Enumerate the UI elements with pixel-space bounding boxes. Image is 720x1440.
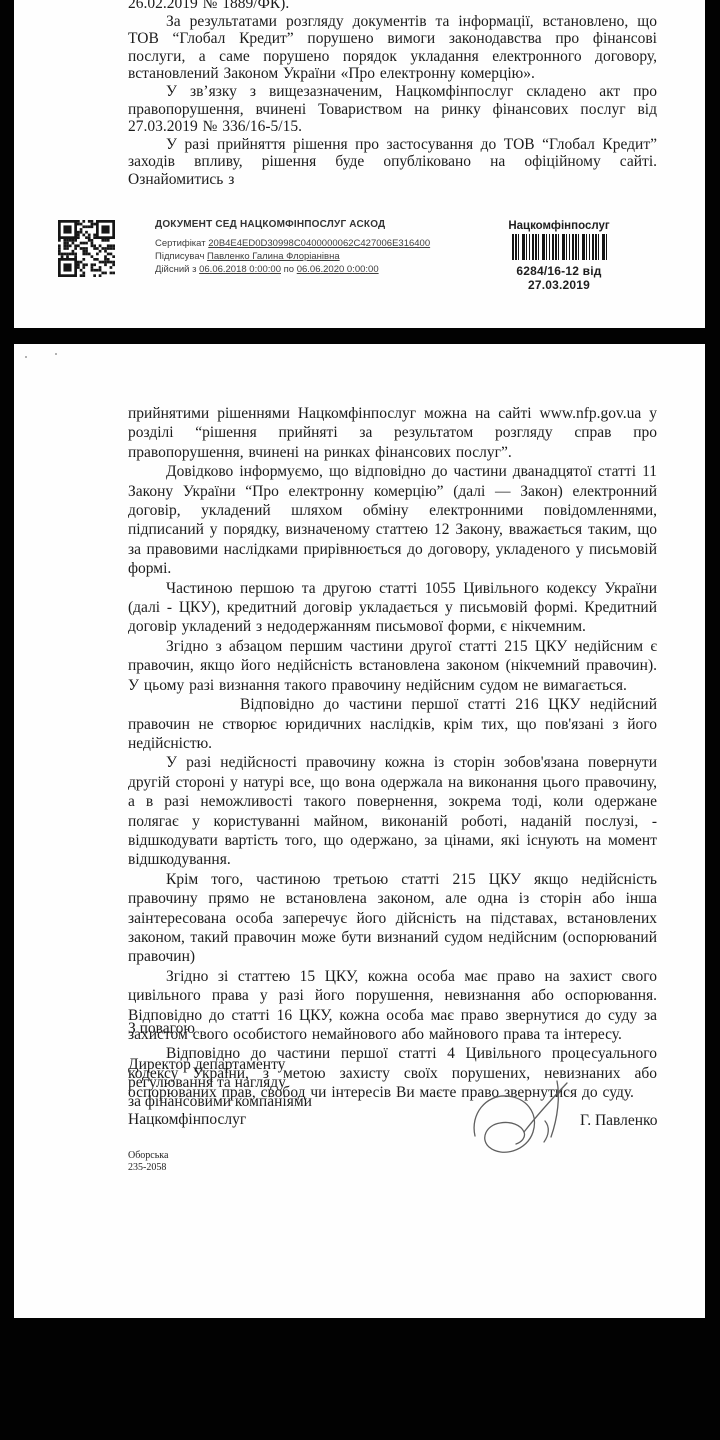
stamp-title: ДОКУМЕНТ СЕД НАЦКОМФІНПОСЛУГ АСКОД xyxy=(155,219,430,231)
signer-line: Підписувач Павленко Галина Флоріанівна xyxy=(155,251,430,263)
signer-title-line: регулювання та нагляду xyxy=(128,1074,312,1092)
validity-line: Дійсний з 06.06.2018 0:00:00 по 06.06.20… xyxy=(155,264,430,276)
signer-title-line: Нацкомфінпослуг xyxy=(128,1111,312,1129)
certificate-line: Сертифікат 20B4E4ED0D30998C0400000062C42… xyxy=(155,238,430,250)
page-2: прийнятими рішеннями Нацкомфінпослуг мож… xyxy=(14,344,705,1318)
validity-label: Дійсний з xyxy=(155,264,196,275)
qr-code-icon xyxy=(58,220,115,277)
page-1: 26.02.2019 № 1889/ФК). За результатами р… xyxy=(14,0,705,328)
digital-signature-stamp: ДОКУМЕНТ СЕД НАЦКОМФІНПОСЛУГ АСКОД Серти… xyxy=(14,218,705,288)
paragraph: У разі прийняття рішення про застосуванн… xyxy=(128,136,657,189)
scan-speck xyxy=(55,353,57,355)
valid-to-date: 06.06.2020 0:00:00 xyxy=(297,264,379,275)
paragraph: Згідно зі статтею 15 ЦКУ, кожна особа ма… xyxy=(128,967,657,1045)
paragraph: Відповідно до частини першої статті 216 … xyxy=(128,695,657,753)
executor-name: Оборська xyxy=(128,1150,168,1162)
paragraph: 26.02.2019 № 1889/ФК). xyxy=(128,0,657,13)
barcode-org-label: Нацкомфінпослуг xyxy=(495,220,623,232)
handwritten-signature-icon xyxy=(468,1080,580,1162)
signer-title-line: за фінансовими компаніями xyxy=(128,1093,312,1111)
closing-salutation: З повагою xyxy=(128,1020,195,1038)
signer-fullname: Павленко Галина Флоріанівна xyxy=(207,251,340,262)
certificate-number: 20B4E4ED0D30998C0400000062C427006E316400 xyxy=(208,238,430,249)
paragraph: У разі недійсності правочину кожна із ст… xyxy=(128,753,657,869)
scan-speck xyxy=(25,356,27,358)
certificate-label: Сертифікат xyxy=(155,238,206,249)
barcode-icon xyxy=(512,234,607,260)
executor-phone: 235-2058 xyxy=(128,1162,168,1174)
signer-label: Підписувач xyxy=(155,251,204,262)
paragraph: прийнятими рішеннями Нацкомфінпослуг мож… xyxy=(128,404,657,462)
executor-block: Оборська 235-2058 xyxy=(128,1150,168,1174)
paragraph: Крім того, частиною третьою статті 215 Ц… xyxy=(128,870,657,967)
validity-separator: по xyxy=(284,264,294,275)
paragraph: Частиною першою та другою статті 1055 Ци… xyxy=(128,579,657,637)
certificate-block: ДОКУМЕНТ СЕД НАЦКОМФІНПОСЛУГ АСКОД Серти… xyxy=(155,219,430,276)
scanned-letter: { "page1": { "paragraphs": { "p0": "26.0… xyxy=(0,0,720,1440)
registration-barcode-block: Нацкомфінпослуг 6284/16-12 від 27.03.201… xyxy=(495,220,623,292)
page-1-body-text: 26.02.2019 № 1889/ФК). За результатами р… xyxy=(128,0,657,189)
signer-name: Г. Павленко xyxy=(580,1112,658,1130)
signer-title-line: Директор департаменту xyxy=(128,1056,312,1074)
paragraph: За результатами розгляду документів та і… xyxy=(128,13,657,83)
registration-number: 6284/16-12 від 27.03.2019 xyxy=(495,264,623,292)
paragraph: Довідково інформуємо, що відповідно до ч… xyxy=(128,462,657,578)
paragraph: У зв’язку з вищезазначеним, Нацкомфінпос… xyxy=(128,83,657,136)
signer-title-block: Директор департаменту регулювання та наг… xyxy=(128,1056,312,1130)
valid-from-date: 06.06.2018 0:00:00 xyxy=(199,264,281,275)
paragraph: Згідно з абзацом першим частини другої с… xyxy=(128,637,657,695)
page-2-body-text: прийнятими рішеннями Нацкомфінпослуг мож… xyxy=(128,344,657,1103)
